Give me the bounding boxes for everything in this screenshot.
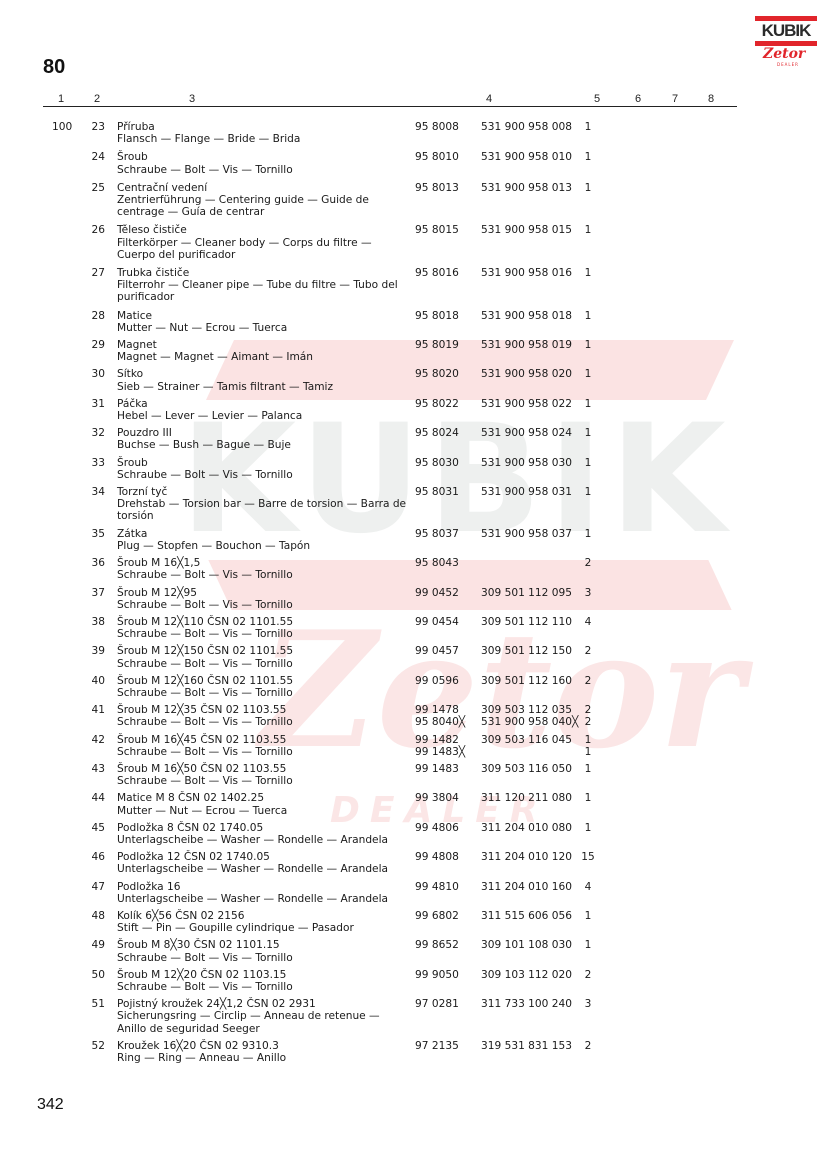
catalog-code: 95 8010: [415, 151, 459, 163]
quantity: 15: [578, 851, 598, 863]
part-translations: Mutter — Nut — Ecrou — Tuerca: [117, 322, 407, 334]
position-number: 46: [78, 851, 105, 863]
quantity: 1: [578, 368, 598, 380]
part-name: Podložka 8 ČSN 02 1740.05: [117, 822, 407, 834]
catalog-code: 99 4808: [415, 851, 459, 863]
part-number: 531 900 958 030: [481, 457, 572, 469]
part-number: 309 503 116 050: [481, 763, 572, 775]
part-number: 531 900 958 022: [481, 398, 572, 410]
quantity: 1: [578, 528, 598, 540]
quantity: 2 2: [578, 704, 598, 728]
part-number: 309 503 116 045: [481, 734, 572, 746]
part-number: 309 501 112 095: [481, 587, 572, 599]
part-number: 531 900 958 016: [481, 267, 572, 279]
column-header: 7: [672, 93, 678, 105]
part-number: 309 501 112 110: [481, 616, 572, 628]
section-number: 80: [43, 56, 65, 79]
part-name: Centrační vedení: [117, 182, 407, 194]
quantity: 1: [578, 339, 598, 351]
part-number: 309 101 108 030: [481, 939, 572, 951]
part-name: Šroub: [117, 457, 407, 469]
catalog-code: 95 8043: [415, 557, 459, 569]
part-translations: Schraube — Bolt — Vis — Tornillo: [117, 658, 407, 670]
header-rule: [43, 106, 737, 107]
catalog-code: 95 8031: [415, 486, 459, 498]
quantity: 4: [578, 881, 598, 893]
catalog-code: 99 8652: [415, 939, 459, 951]
part-translations: Schraube — Bolt — Vis — Tornillo: [117, 746, 407, 758]
part-name: Šroub M 16╳45 ČSN 02 1103.55: [117, 734, 407, 746]
part-number: 531 900 958 020: [481, 368, 572, 380]
part-description: Trubka čističeFilterrohr — Cleaner pipe …: [117, 267, 407, 304]
table-row: 40Šroub M 12╳160 ČSN 02 1101.55Schraube …: [0, 675, 826, 699]
table-row: 39Šroub M 12╳150 ČSN 02 1101.55Schraube …: [0, 645, 826, 669]
table-row: 51Pojistný kroužek 24╳1,2 ČSN 02 2931Sic…: [0, 998, 826, 1035]
part-description: Matice M 8 ČSN 02 1402.25Mutter — Nut — …: [117, 792, 407, 816]
catalog-code: 99 9050: [415, 969, 459, 981]
part-translations: Schraube — Bolt — Vis — Tornillo: [117, 687, 407, 699]
quantity: 1: [578, 822, 598, 834]
part-name: Těleso čističe: [117, 224, 407, 236]
part-translations: Drehstab — Torsion bar — Barre de torsio…: [117, 498, 407, 522]
part-number: 309 103 112 020: [481, 969, 572, 981]
part-name: Matice: [117, 310, 407, 322]
part-name: Šroub M 12╳160 ČSN 02 1101.55: [117, 675, 407, 687]
catalog-code: 95 8022: [415, 398, 459, 410]
position-number: 34: [78, 486, 105, 498]
part-description: ŠroubSchraube — Bolt — Vis — Tornillo: [117, 457, 407, 481]
part-name: Sítko: [117, 368, 407, 380]
catalog-code: 99 0454: [415, 616, 459, 628]
quantity: 1: [578, 151, 598, 163]
catalog-code: 99 0596: [415, 675, 459, 687]
table-row: 47Podložka 16Unterlagscheibe — Washer — …: [0, 881, 826, 905]
quantity: 2: [578, 557, 598, 569]
part-description: Pouzdro IIIBuchse — Bush — Bague — Buje: [117, 427, 407, 451]
part-number: 531 900 958 031: [481, 486, 572, 498]
part-description: Podložka 8 ČSN 02 1740.05Unterlagscheibe…: [117, 822, 407, 846]
part-translations: Schraube — Bolt — Vis — Tornillo: [117, 775, 407, 787]
position-number: 40: [78, 675, 105, 687]
column-header: 8: [708, 93, 714, 105]
part-name: Šroub M 16╳1,5: [117, 557, 407, 569]
catalog-code: 95 8030: [415, 457, 459, 469]
part-translations: Stift — Pin — Goupille cylindrique — Pas…: [117, 922, 407, 934]
part-name: Šroub: [117, 151, 407, 163]
part-description: Kroužek 16╳20 ČSN 02 9310.3Ring — Ring —…: [117, 1040, 407, 1064]
part-number: 531 900 958 019: [481, 339, 572, 351]
column-header: 3: [189, 93, 195, 105]
table-row: 42Šroub M 16╳45 ČSN 02 1103.55Schraube —…: [0, 734, 826, 758]
quantity: 2: [578, 675, 598, 687]
part-name: Podložka 16: [117, 881, 407, 893]
part-translations: Unterlagscheibe — Washer — Rondelle — Ar…: [117, 893, 407, 905]
table-row: 36Šroub M 16╳1,5Schraube — Bolt — Vis — …: [0, 557, 826, 581]
quantity: 2: [578, 969, 598, 981]
logo-tag: DEALER: [777, 62, 799, 67]
part-description: Šroub M 12╳20 ČSN 02 1103.15Schraube — B…: [117, 969, 407, 993]
catalog-code: 95 8016: [415, 267, 459, 279]
position-number: 41: [78, 704, 105, 716]
position-number: 52: [78, 1040, 105, 1052]
position-number: 45: [78, 822, 105, 834]
part-translations: Ring — Ring — Anneau — Anillo: [117, 1052, 407, 1064]
part-translations: Schraube — Bolt — Vis — Tornillo: [117, 469, 407, 481]
part-name: Pouzdro III: [117, 427, 407, 439]
part-translations: Schraube — Bolt — Vis — Tornillo: [117, 599, 407, 611]
part-number: 319 531 831 153: [481, 1040, 572, 1052]
part-description: MagnetMagnet — Magnet — Aimant — Imán: [117, 339, 407, 363]
table-row: 46Podložka 12 ČSN 02 1740.05Unterlagsche…: [0, 851, 826, 875]
part-number: 311 733 100 240: [481, 998, 572, 1010]
part-description: PřírubaFlansch — Flange — Bride — Brida: [117, 121, 407, 145]
kubik-zetor-logo: KUBIK Zetor DEALER: [755, 14, 817, 70]
part-description: Torzní tyčDrehstab — Torsion bar — Barre…: [117, 486, 407, 523]
part-translations: Sieb — Strainer — Tamis filtrant — Tamiz: [117, 381, 407, 393]
part-number: 309 503 112 035 531 900 958 040╳: [481, 704, 578, 728]
quantity: 3: [578, 587, 598, 599]
position-number: 47: [78, 881, 105, 893]
catalog-code: 99 0452: [415, 587, 459, 599]
part-description: Šroub M 16╳45 ČSN 02 1103.55Schraube — B…: [117, 734, 407, 758]
quantity: 4: [578, 616, 598, 628]
part-description: Šroub M 12╳110 ČSN 02 1101.55Schraube — …: [117, 616, 407, 640]
part-name: Šroub M 8╳30 ČSN 02 1101.15: [117, 939, 407, 951]
part-number: 531 900 958 024: [481, 427, 572, 439]
part-description: Šroub M 16╳1,5Schraube — Bolt — Vis — To…: [117, 557, 407, 581]
catalog-code: 95 8037: [415, 528, 459, 540]
position-number: 49: [78, 939, 105, 951]
part-description: Podložka 16Unterlagscheibe — Washer — Ro…: [117, 881, 407, 905]
part-translations: Filterkörper — Cleaner body — Corps du f…: [117, 237, 407, 261]
part-name: Šroub M 16╳50 ČSN 02 1103.55: [117, 763, 407, 775]
quantity: 1: [578, 182, 598, 194]
position-number: 27: [78, 267, 105, 279]
quantity: 1 1: [578, 734, 598, 758]
quantity: 1: [578, 457, 598, 469]
part-translations: Flansch — Flange — Bride — Brida: [117, 133, 407, 145]
part-description: Pojistný kroužek 24╳1,2 ČSN 02 2931Siche…: [117, 998, 407, 1035]
group-number: 100: [52, 121, 72, 133]
position-number: 44: [78, 792, 105, 804]
parts-table: 10023PřírubaFlansch — Flange — Bride — B…: [0, 121, 826, 1069]
position-number: 38: [78, 616, 105, 628]
quantity: 1: [578, 792, 598, 804]
part-name: Magnet: [117, 339, 407, 351]
part-translations: Zentrierführung — Centering guide — Guid…: [117, 194, 407, 218]
part-name: Pojistný kroužek 24╳1,2 ČSN 02 2931: [117, 998, 407, 1010]
part-description: Šroub M 12╳160 ČSN 02 1101.55Schraube — …: [117, 675, 407, 699]
part-name: Kroužek 16╳20 ČSN 02 9310.3: [117, 1040, 407, 1052]
part-translations: Plug — Stopfen — Bouchon — Tapón: [117, 540, 407, 552]
part-description: Podložka 12 ČSN 02 1740.05Unterlagscheib…: [117, 851, 407, 875]
catalog-code: 99 0457: [415, 645, 459, 657]
quantity: 2: [578, 645, 598, 657]
table-row: 44Matice M 8 ČSN 02 1402.25Mutter — Nut …: [0, 792, 826, 816]
catalog-code: 99 4810: [415, 881, 459, 893]
part-translations: Buchse — Bush — Bague — Buje: [117, 439, 407, 451]
part-translations: Mutter — Nut — Ecrou — Tuerca: [117, 805, 407, 817]
table-row: 43Šroub M 16╳50 ČSN 02 1103.55Schraube —…: [0, 763, 826, 787]
column-header: 6: [635, 93, 641, 105]
table-row: 30SítkoSieb — Strainer — Tamis filtrant …: [0, 368, 826, 392]
position-number: 31: [78, 398, 105, 410]
position-number: 43: [78, 763, 105, 775]
position-number: 42: [78, 734, 105, 746]
position-number: 26: [78, 224, 105, 236]
part-name: Torzní tyč: [117, 486, 407, 498]
quantity: 1: [578, 427, 598, 439]
part-description: Šroub M 12╳95Schraube — Bolt — Vis — Tor…: [117, 587, 407, 611]
catalog-code: 95 8024: [415, 427, 459, 439]
logo-sub: Zetor: [763, 47, 805, 61]
part-description: Šroub M 8╳30 ČSN 02 1101.15Schraube — Bo…: [117, 939, 407, 963]
column-header: 1: [58, 93, 64, 105]
part-translations: Schraube — Bolt — Vis — Tornillo: [117, 716, 407, 728]
quantity: 1: [578, 121, 598, 133]
position-number: 23: [78, 121, 105, 133]
part-translations: Schraube — Bolt — Vis — Tornillo: [117, 952, 407, 964]
part-translations: Schraube — Bolt — Vis — Tornillo: [117, 981, 407, 993]
column-header: 4: [486, 93, 492, 105]
table-row: 26Těleso čističeFilterkörper — Cleaner b…: [0, 224, 826, 261]
position-number: 35: [78, 528, 105, 540]
part-number: 311 120 211 080: [481, 792, 572, 804]
table-row: 52Kroužek 16╳20 ČSN 02 9310.3Ring — Ring…: [0, 1040, 826, 1064]
part-name: Kolík 6╳56 ČSN 02 2156: [117, 910, 407, 922]
position-number: 36: [78, 557, 105, 569]
position-number: 33: [78, 457, 105, 469]
table-row: 48Kolík 6╳56 ČSN 02 2156Stift — Pin — Go…: [0, 910, 826, 934]
part-number: 309 501 112 150: [481, 645, 572, 657]
position-number: 48: [78, 910, 105, 922]
table-row: 28MaticeMutter — Nut — Ecrou — Tuerca95 …: [0, 310, 826, 334]
position-number: 37: [78, 587, 105, 599]
catalog-code: 99 4806: [415, 822, 459, 834]
part-name: Šroub M 12╳110 ČSN 02 1101.55: [117, 616, 407, 628]
part-translations: Unterlagscheibe — Washer — Rondelle — Ar…: [117, 834, 407, 846]
table-row: 10023PřírubaFlansch — Flange — Bride — B…: [0, 121, 826, 145]
quantity: 1: [578, 939, 598, 951]
part-name: Šroub M 12╳150 ČSN 02 1101.55: [117, 645, 407, 657]
part-number: 311 515 606 056: [481, 910, 572, 922]
part-name: Šroub M 12╳95: [117, 587, 407, 599]
position-number: 50: [78, 969, 105, 981]
part-translations: Schraube — Bolt — Vis — Tornillo: [117, 164, 407, 176]
logo-brand: KUBIK: [755, 22, 817, 40]
part-description: ZátkaPlug — Stopfen — Bouchon — Tapón: [117, 528, 407, 552]
quantity: 1: [578, 224, 598, 236]
part-translations: Magnet — Magnet — Aimant — Imán: [117, 351, 407, 363]
part-description: Kolík 6╳56 ČSN 02 2156Stift — Pin — Goup…: [117, 910, 407, 934]
table-row: 31PáčkaHebel — Lever — Levier — Palanca9…: [0, 398, 826, 422]
table-row: 24ŠroubSchraube — Bolt — Vis — Tornillo9…: [0, 151, 826, 175]
table-row: 33ŠroubSchraube — Bolt — Vis — Tornillo9…: [0, 457, 826, 481]
part-description: Těleso čističeFilterkörper — Cleaner bod…: [117, 224, 407, 261]
quantity: 1: [578, 910, 598, 922]
part-description: MaticeMutter — Nut — Ecrou — Tuerca: [117, 310, 407, 334]
table-row: 49Šroub M 8╳30 ČSN 02 1101.15Schraube — …: [0, 939, 826, 963]
catalog-code: 95 8013: [415, 182, 459, 194]
catalog-code: 99 1478 95 8040╳: [415, 704, 465, 728]
catalog-code: 99 1482 99 1483╳: [415, 734, 465, 758]
table-row: 29MagnetMagnet — Magnet — Aimant — Imán9…: [0, 339, 826, 363]
table-row: 41Šroub M 12╳35 ČSN 02 1103.55Schraube —…: [0, 704, 826, 728]
table-row: 27Trubka čističeFilterrohr — Cleaner pip…: [0, 267, 826, 304]
part-description: Šroub M 12╳35 ČSN 02 1103.55Schraube — B…: [117, 704, 407, 728]
part-translations: Sicherungsring — Circlip — Anneau de ret…: [117, 1010, 407, 1034]
quantity: 1: [578, 763, 598, 775]
table-row: 37Šroub M 12╳95Schraube — Bolt — Vis — T…: [0, 587, 826, 611]
catalog-code: 99 1483: [415, 763, 459, 775]
part-number: 531 900 958 018: [481, 310, 572, 322]
part-name: Šroub M 12╳35 ČSN 02 1103.55: [117, 704, 407, 716]
column-header: 5: [594, 93, 600, 105]
part-number: 531 900 958 013: [481, 182, 572, 194]
part-name: Páčka: [117, 398, 407, 410]
position-number: 39: [78, 645, 105, 657]
part-translations: Filterrohr — Cleaner pipe — Tube du filt…: [117, 279, 407, 303]
quantity: 3: [578, 998, 598, 1010]
part-number: 531 900 958 037: [481, 528, 572, 540]
part-translations: Schraube — Bolt — Vis — Tornillo: [117, 569, 407, 581]
part-description: PáčkaHebel — Lever — Levier — Palanca: [117, 398, 407, 422]
catalog-code: 97 0281: [415, 998, 459, 1010]
catalog-code: 95 8020: [415, 368, 459, 380]
part-number: 311 204 010 160: [481, 881, 572, 893]
catalog-code: 95 8019: [415, 339, 459, 351]
catalog-code: 95 8015: [415, 224, 459, 236]
part-translations: Unterlagscheibe — Washer — Rondelle — Ar…: [117, 863, 407, 875]
part-number: 531 900 958 015: [481, 224, 572, 236]
part-name: Příruba: [117, 121, 407, 133]
part-number: 311 204 010 080: [481, 822, 572, 834]
catalog-code: 99 6802: [415, 910, 459, 922]
catalog-code: 95 8008: [415, 121, 459, 133]
catalog-code: 95 8018: [415, 310, 459, 322]
part-description: Šroub M 12╳150 ČSN 02 1101.55Schraube — …: [117, 645, 407, 669]
table-row: 35ZátkaPlug — Stopfen — Bouchon — Tapón9…: [0, 528, 826, 552]
quantity: 2: [578, 1040, 598, 1052]
part-translations: Schraube — Bolt — Vis — Tornillo: [117, 628, 407, 640]
part-description: SítkoSieb — Strainer — Tamis filtrant — …: [117, 368, 407, 392]
part-description: ŠroubSchraube — Bolt — Vis — Tornillo: [117, 151, 407, 175]
part-description: Šroub M 16╳50 ČSN 02 1103.55Schraube — B…: [117, 763, 407, 787]
part-description: Centrační vedeníZentrierführung — Center…: [117, 182, 407, 219]
table-row: 25Centrační vedeníZentrierführung — Cent…: [0, 182, 826, 219]
part-number: 311 204 010 120: [481, 851, 572, 863]
table-row: 38Šroub M 12╳110 ČSN 02 1101.55Schraube …: [0, 616, 826, 640]
quantity: 1: [578, 310, 598, 322]
quantity: 1: [578, 267, 598, 279]
part-name: Trubka čističe: [117, 267, 407, 279]
position-number: 30: [78, 368, 105, 380]
part-name: Šroub M 12╳20 ČSN 02 1103.15: [117, 969, 407, 981]
part-name: Zátka: [117, 528, 407, 540]
table-row: 34Torzní tyčDrehstab — Torsion bar — Bar…: [0, 486, 826, 523]
position-number: 24: [78, 151, 105, 163]
table-row: 50Šroub M 12╳20 ČSN 02 1103.15Schraube —…: [0, 969, 826, 993]
quantity: 1: [578, 398, 598, 410]
position-number: 25: [78, 182, 105, 194]
position-number: 29: [78, 339, 105, 351]
table-row: 45Podložka 8 ČSN 02 1740.05Unterlagschei…: [0, 822, 826, 846]
position-number: 51: [78, 998, 105, 1010]
catalog-code: 99 3804: [415, 792, 459, 804]
part-number: 531 900 958 008: [481, 121, 572, 133]
page-number: 342: [37, 1096, 64, 1114]
part-translations: Hebel — Lever — Levier — Palanca: [117, 410, 407, 422]
position-number: 28: [78, 310, 105, 322]
part-name: Podložka 12 ČSN 02 1740.05: [117, 851, 407, 863]
part-number: 531 900 958 010: [481, 151, 572, 163]
column-header: 2: [94, 93, 100, 105]
quantity: 1: [578, 486, 598, 498]
catalog-code: 97 2135: [415, 1040, 459, 1052]
part-number: 309 501 112 160: [481, 675, 572, 687]
part-name: Matice M 8 ČSN 02 1402.25: [117, 792, 407, 804]
position-number: 32: [78, 427, 105, 439]
table-row: 32Pouzdro IIIBuchse — Bush — Bague — Buj…: [0, 427, 826, 451]
